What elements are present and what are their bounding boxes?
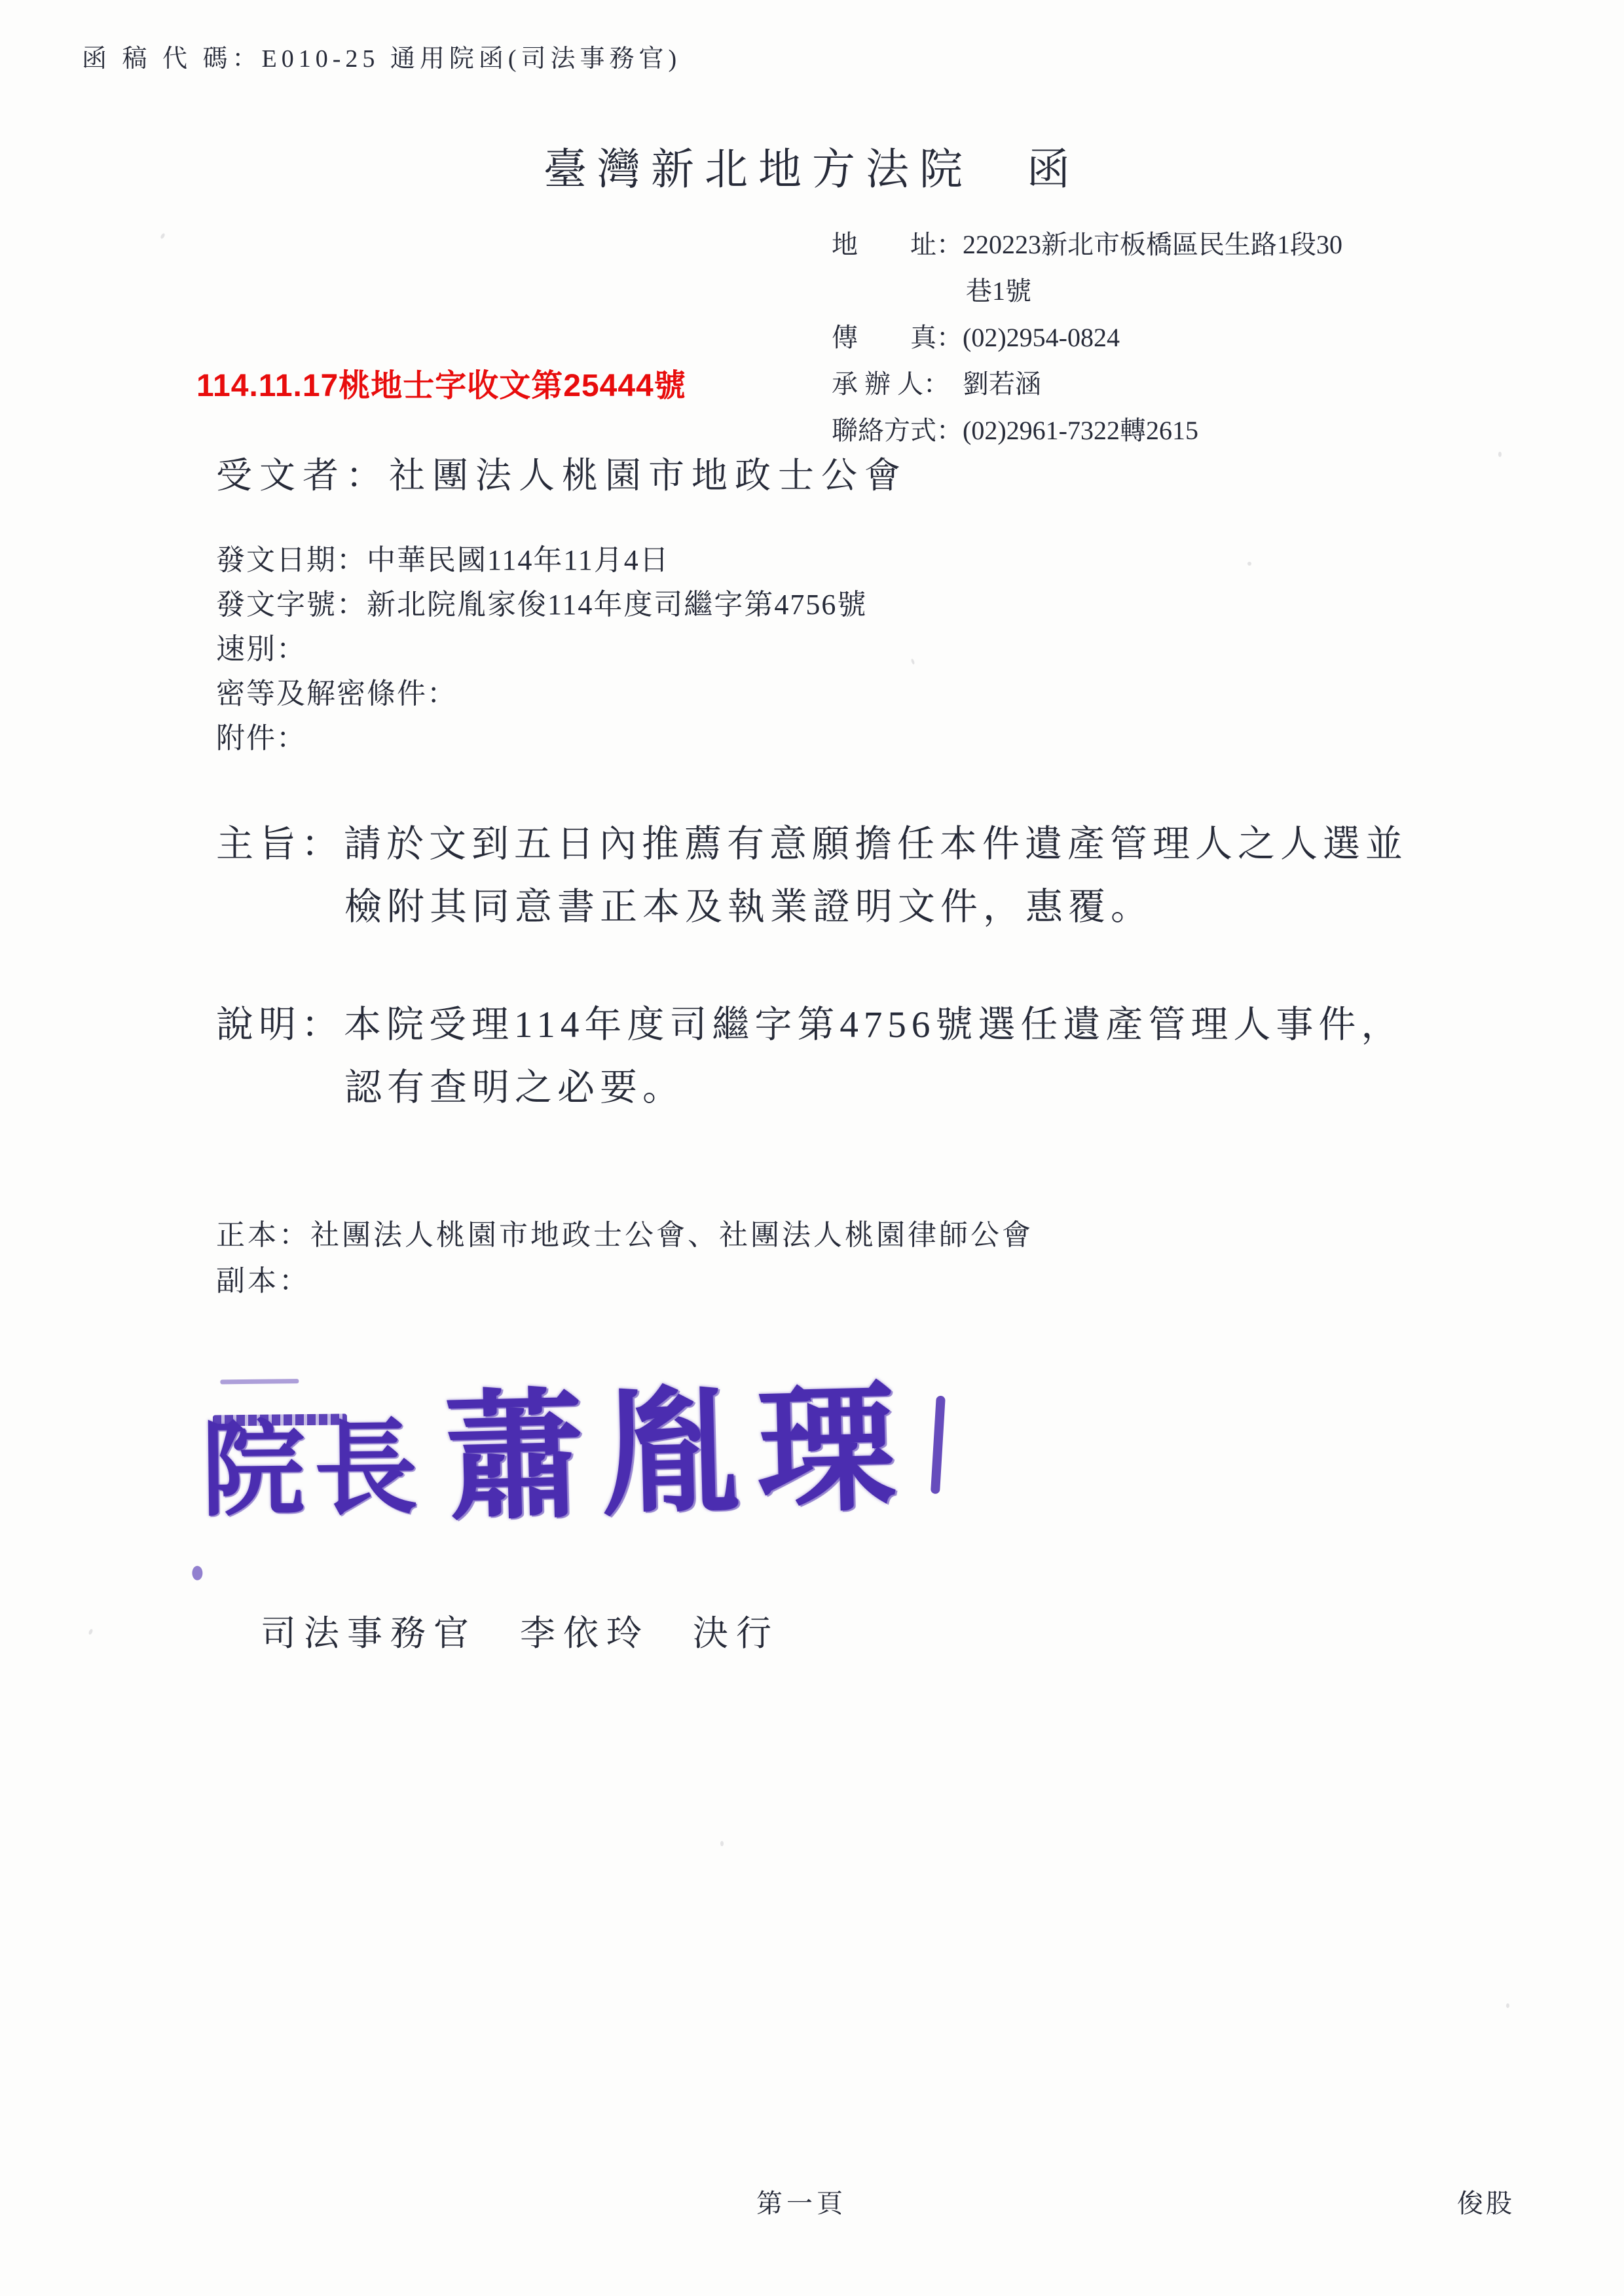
- info-value-address: 220223新北市板橋區民生路1段30: [963, 230, 1342, 259]
- explanation-text-1: 本院受理114年度司繼字第4756號選任遺產管理人事件，: [344, 1004, 1403, 1046]
- info-value-contact: (02)2961-7322轉2615: [963, 416, 1198, 445]
- info-row-fax: 傳 真：(02)2954-0824: [832, 314, 1342, 361]
- subject-paragraph: 主旨：請於文到五日內推薦有意願擔任本件遺產管理人之人選並 檢附其同意書正本及執業…: [216, 813, 1408, 939]
- info-label-fax: 傳 真：: [832, 314, 963, 361]
- info-row-contact: 聯絡方式：(02)2961-7322轉2615: [832, 407, 1342, 454]
- signer-line: 司法事務官 李依玲 決行: [261, 1605, 779, 1656]
- info-label-address: 地 址：: [832, 221, 963, 268]
- meta-attachment: 附件：: [216, 716, 867, 761]
- ink-smudge: [192, 1566, 202, 1580]
- sender-info-block: 地 址：220223新北市板橋區民生路1段30 巷1號 傳 真：(02)2954…: [832, 221, 1342, 454]
- info-value-clerk: 劉若涵: [963, 369, 1041, 399]
- subject-label: 主旨：: [216, 824, 344, 865]
- explanation-line-1: 說明：本院受理114年度司繼字第4756號選任遺產管理人事件，: [216, 994, 1403, 1057]
- scan-speck: [1247, 562, 1251, 566]
- info-label-clerk: 承 辦 人：: [832, 361, 963, 407]
- ink-smudge: [213, 1413, 347, 1426]
- meta-security: 密等及解密條件：: [216, 672, 867, 716]
- info-row-address: 地 址：220223新北市板橋區民生路1段30: [832, 221, 1342, 268]
- copy-duplicate-line: 副本：: [216, 1258, 1033, 1304]
- explanation-label: 說明：: [216, 1004, 344, 1046]
- subject-line-1: 主旨：請於文到五日內推薦有意願擔任本件遺產管理人之人選並: [216, 813, 1408, 876]
- copy-original-line: 正本：社團法人桃園市地政士公會、社團法人桃園律師公會: [216, 1212, 1033, 1258]
- scan-speck: [88, 1628, 93, 1635]
- meta-speed: 速別：: [216, 627, 867, 672]
- explanation-text-2: 認有查明之必要。: [344, 1067, 685, 1108]
- meta-doc-number: 發文字號：新北院胤家俊114年度司繼字第4756號: [216, 583, 867, 627]
- copy-duplicate-label: 副本：: [216, 1265, 310, 1297]
- subject-line-2: 檢附其同意書正本及執業證明文件，惠覆。: [216, 876, 1408, 939]
- footer-section-code: 俊股: [1457, 2183, 1515, 2220]
- explanation-paragraph: 說明：本院受理114年度司繼字第4756號選任遺產管理人事件， 認有查明之必要。: [216, 994, 1403, 1120]
- seal-title: 院長: [201, 1418, 428, 1524]
- scan-speck: [160, 232, 166, 239]
- info-value-address-cont: 巷1號: [966, 276, 1031, 306]
- info-value-fax: (02)2954-0824: [963, 323, 1120, 352]
- copy-original-label: 正本：: [216, 1219, 310, 1251]
- info-row-clerk: 承 辦 人：劉若涵: [832, 361, 1342, 407]
- subject-text-1: 請於文到五日內推薦有意願擔任本件遺產管理人之人選並: [344, 824, 1408, 865]
- meta-issue-date: 發文日期：中華民國114年11月4日: [216, 538, 867, 583]
- subject-text-2: 檢附其同意書正本及執業證明文件，惠覆。: [344, 886, 1153, 928]
- meta-block: 發文日期：中華民國114年11月4日 發文字號：新北院胤家俊114年度司繼字第4…: [216, 538, 867, 761]
- scan-speck: [1506, 2003, 1509, 2008]
- seal-name: 蕭胤瑮: [443, 1379, 914, 1529]
- explanation-line-2: 認有查明之必要。: [216, 1057, 1403, 1120]
- scan-speck: [911, 659, 915, 665]
- info-row-address-cont: 巷1號: [966, 268, 1342, 314]
- president-seal: 院長 蕭胤瑮: [200, 1383, 913, 1586]
- letter-page: 函 稿 代 碼：E010-25 通用院函(司法事務官) 臺灣新北地方法院 函 地…: [0, 0, 1624, 2296]
- scan-speck: [720, 1841, 724, 1846]
- ink-smudge: [220, 1379, 299, 1384]
- recipient-line: 受文者：社團法人桃園市地政士公會: [216, 446, 908, 498]
- document-title: 臺灣新北地方法院 函: [0, 134, 1624, 196]
- scan-speck: [1498, 452, 1502, 457]
- form-code-line: 函 稿 代 碼：E010-25 通用院函(司法事務官): [82, 38, 681, 74]
- scan-speck: [578, 1079, 581, 1082]
- received-date-stamp: 114.11.17桃地士字收文第25444號: [196, 360, 686, 405]
- copy-original-value: 社團法人桃園市地政士公會、社團法人桃園律師公會: [310, 1219, 1033, 1251]
- copies-block: 正本：社團法人桃園市地政士公會、社團法人桃園律師公會 副本：: [216, 1212, 1033, 1304]
- footer-page-number: 第一頁: [756, 2183, 847, 2220]
- ink-flick: [931, 1396, 946, 1495]
